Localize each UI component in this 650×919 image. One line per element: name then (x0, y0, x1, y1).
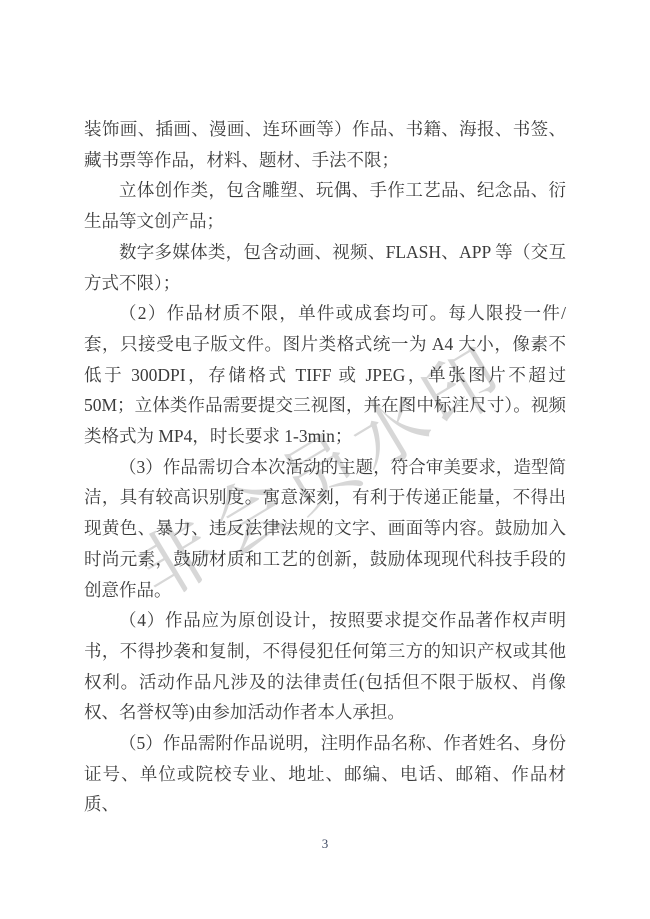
document-page: 非会员水印 装饰画、插画、漫画、连环画等）作品、书籍、海报、书签、藏书票等作品，… (0, 0, 650, 919)
page-number: 3 (0, 836, 650, 852)
paragraph: （3）作品需切合本次活动的主题，符合审美要求，造型简洁，具有较高识别度。寓意深刻… (84, 452, 566, 606)
paragraph: 装饰画、插画、漫画、连环画等）作品、书籍、海报、书签、藏书票等作品，材料、题材、… (84, 114, 566, 175)
paragraph: （2）作品材质不限，单件或成套均可。每人限投一件/套，只接受电子版文件。图片类格… (84, 298, 566, 452)
paragraph: （4）作品应为原创设计，按照要求提交作品著作权声明书，不得抄袭和复制，不得侵犯任… (84, 605, 566, 728)
document-body: 装饰画、插画、漫画、连环画等）作品、书籍、海报、书签、藏书票等作品，材料、题材、… (84, 114, 566, 820)
paragraph: （5）作品需附作品说明，注明作品名称、作者姓名、身份证号、单位或院校专业、地址、… (84, 728, 566, 820)
paragraph: 数字多媒体类，包含动画、视频、FLASH、APP 等（交互方式不限）； (84, 237, 566, 298)
paragraph: 立体创作类，包含雕塑、玩偶、手作工艺品、纪念品、衍生品等文创产品； (84, 175, 566, 236)
